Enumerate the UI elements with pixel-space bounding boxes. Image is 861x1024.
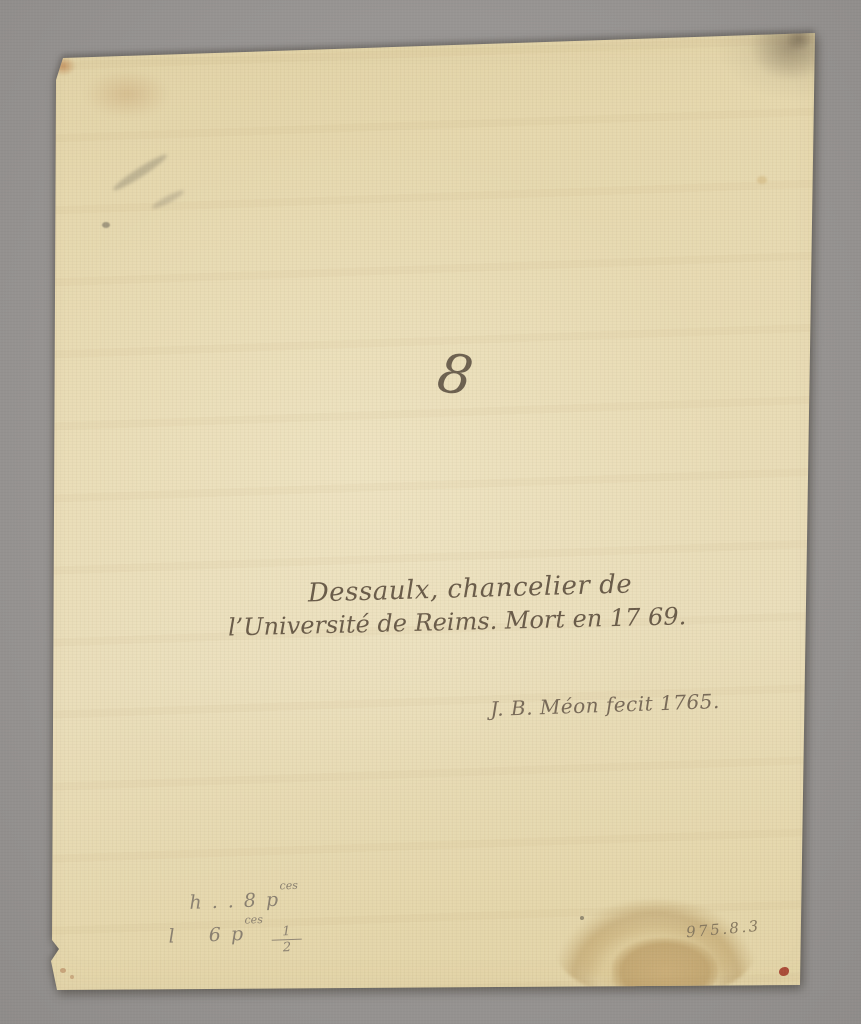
water-stain-tidemark [556, 900, 756, 1000]
rust-speck [70, 975, 74, 979]
page-number: 8 [434, 344, 477, 407]
photo-backdrop: 8 Dessaulx, chancelier de l’Université d… [0, 0, 861, 1024]
measurement-width-value: l 6 p [168, 923, 245, 948]
ink-speck [580, 916, 584, 920]
graphite-speck [102, 222, 110, 228]
inscription-line-2: l’Université de Reims. Mort en 17 69. [228, 602, 675, 643]
stain-top-right-corner [750, 12, 832, 80]
water-stain-blob [612, 938, 718, 1006]
paper-sheet: 8 Dessaulx, chancelier de l’Université d… [0, 0, 861, 1024]
measurement-width: l 6 pces12 [168, 915, 302, 959]
rust-stain-top-left-halo [84, 70, 170, 118]
red-wax-fleck [779, 967, 789, 976]
measurement-height-unit-superscript: ces [279, 879, 298, 893]
accession-number: 975.8.3 [685, 917, 761, 941]
laid-paper-texture [0, 0, 861, 1024]
measurement-width-unit-superscript: ces [244, 913, 263, 927]
rust-speck [60, 968, 66, 973]
stain-top-right-core [786, 28, 812, 50]
foxing-spot [757, 176, 767, 184]
measurement-height: h . . 8 pces [189, 882, 301, 916]
fraction-denominator: 2 [272, 939, 303, 955]
measurement-height-value: h . . 8 p [189, 889, 280, 914]
paper-edge-vignette [0, 0, 861, 1024]
measurements-block: h . . 8 pces l 6 pces12 [167, 882, 303, 959]
fraction-one-half: 12 [271, 924, 302, 955]
graphite-smudge [150, 188, 185, 211]
paper-wrap: 8 Dessaulx, chancelier de l’Université d… [0, 0, 861, 1024]
inscription-line-1: Dessaulx, chancelier de [296, 569, 645, 609]
fraction-numerator: 1 [271, 924, 302, 940]
graphite-smudge [111, 151, 170, 193]
rust-stain-top-left [50, 56, 76, 76]
paper-tonal-bands [0, 0, 861, 1024]
water-stain-wash [578, 922, 734, 992]
artist-signature: J. B. Méon fecit 1765. [472, 687, 739, 722]
